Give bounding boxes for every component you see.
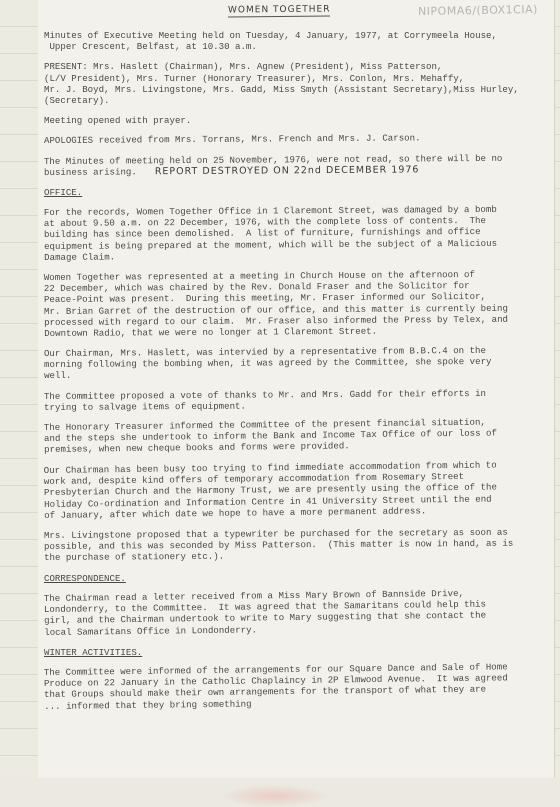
intro-paragraph: Minutes of Executive Meeting held on Tue… — [44, 30, 554, 52]
section-correspondence: CORRESPONDENCE. The Chairman read a lett… — [44, 573, 554, 638]
section-heading: CORRESPONDENCE. — [44, 573, 554, 584]
red-stamp-ghost — [220, 785, 330, 807]
section-paragraph: Our Chairman has been busy too trying to… — [44, 459, 555, 521]
archive-reference: NIPOMA6/(BOX1CIA) — [418, 3, 538, 18]
opening-paragraph: Meeting opened with prayer. — [44, 115, 554, 126]
section-paragraph: The Honorary Treasurer informed the Comm… — [44, 416, 554, 456]
minutes-paragraph: The Minutes of meeting held on 25 Novemb… — [44, 152, 554, 178]
section-paragraph: For the records, Women Together Office i… — [44, 204, 554, 264]
section-paragraph: The Committee proposed a vote of thanks … — [44, 388, 554, 414]
section-winter-activities: WINTER ACTIVITIES. The Committee were in… — [44, 647, 554, 712]
section-paragraph: Mrs. Livingstone proposed that a typewri… — [44, 527, 554, 564]
handwritten-note: REPORT DESTROYED ON 22nd DECEMBER 1976 — [155, 164, 420, 177]
apologies-paragraph: APOLOGIES received from Mrs. Torrans, Mr… — [44, 132, 554, 147]
section-paragraph: The Committee were informed of the arran… — [44, 661, 555, 712]
present-paragraph: PRESENT: Mrs. Haslett (Chairman), Mrs. A… — [44, 61, 554, 106]
section-office: OFFICE. For the records, Women Together … — [44, 187, 554, 564]
section-heading: WINTER ACTIVITIES. — [44, 647, 554, 658]
minutes-body: Minutes of Executive Meeting held on Tue… — [44, 30, 554, 721]
section-paragraph: The Chairman read a letter received from… — [44, 587, 555, 638]
handwritten-title: WOMEN TOGETHER — [228, 5, 331, 18]
section-paragraph: Women Together was represented at a meet… — [44, 269, 554, 340]
section-paragraph: Our Chairman, Mrs. Haslett, was intervie… — [44, 345, 554, 382]
section-heading: OFFICE. — [44, 187, 554, 198]
